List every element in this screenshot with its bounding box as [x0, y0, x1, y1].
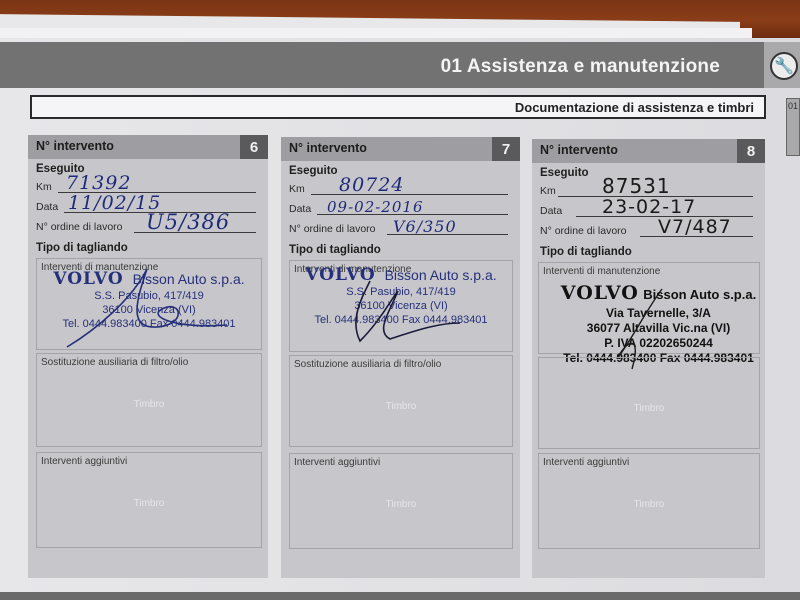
stamp-company: Bisson Auto s.p.a.	[385, 267, 497, 283]
card-header: N° intervento 7	[281, 137, 520, 161]
intervention-label: N° intervento	[36, 139, 114, 153]
intervention-label: N° intervento	[540, 143, 618, 157]
stamp-placeholder: Timbro	[37, 498, 261, 509]
section-title: 01 Assistenza e manutenzione	[441, 56, 720, 78]
stamp-brand: VOLVO	[561, 282, 639, 304]
ordine-value: V7/487	[658, 216, 732, 238]
data-field: Data 09-02-2016	[289, 199, 508, 217]
ordine-field: N° ordine di lavoro V7/487	[540, 221, 753, 239]
manutenzione-label: Interventi di manutenzione	[543, 266, 660, 277]
sostituzione-box: Timbro	[538, 357, 760, 449]
km-field: Km 80724	[289, 179, 508, 197]
ordine-label: N° ordine di lavoro	[36, 221, 123, 233]
manutenzione-box: Interventi di manutenzione VOLVO Bisson …	[36, 258, 262, 350]
aggiuntivi-box: Interventi aggiuntivi Timbro	[538, 453, 760, 549]
eseguito-label: Eseguito	[289, 165, 338, 177]
intervention-number: 8	[737, 139, 765, 163]
stamp-placeholder: Timbro	[290, 499, 512, 510]
ordine-field: N° ordine di lavoro V6/350	[289, 219, 508, 237]
km-value: 87531	[602, 174, 671, 198]
card-header: N° intervento 8	[532, 139, 765, 163]
aggiuntivi-label: Interventi aggiuntivi	[543, 457, 629, 468]
ordine-field: N° ordine di lavoro U5/386	[36, 217, 256, 235]
stamp-company: Bisson Auto s.p.a.	[133, 271, 245, 287]
stamp-line: 36100 Vicenza (VI)	[37, 304, 261, 318]
km-label: Km	[540, 185, 556, 197]
manutenzione-box: Interventi di manutenzione VOLVO Bisson …	[289, 260, 513, 352]
intervention-number: 7	[492, 137, 520, 161]
stamp-line: P. IVA 02202650244	[542, 336, 775, 351]
eseguito-label: Eseguito	[540, 167, 589, 179]
km-label: Km	[289, 183, 305, 195]
stamp-placeholder: Timbro	[37, 399, 261, 410]
data-value: 09-02-2016	[327, 198, 423, 216]
stamp-line: Tel. 0444.983400 Fax 0444.983401	[290, 314, 512, 328]
aggiuntivi-label: Interventi aggiuntivi	[294, 457, 380, 468]
ordine-label: N° ordine di lavoro	[540, 225, 627, 237]
stamp-line: Tel. 0444.983400 Fax 0444.983401	[37, 318, 261, 332]
aggiuntivi-box: Interventi aggiuntivi Timbro	[289, 453, 513, 549]
stamp-brand: VOLVO	[53, 269, 123, 289]
tipo-label: Tipo di tagliando	[36, 242, 128, 254]
stamp-line: S.S. Pasubio, 417/419	[37, 290, 261, 304]
side-tab: 01	[786, 98, 800, 156]
stamp-line: Via Tavernelle, 3/A	[542, 306, 775, 321]
km-label: Km	[36, 181, 52, 193]
ordine-value: U5/386	[146, 210, 230, 234]
aggiuntivi-label: Interventi aggiuntivi	[41, 456, 127, 467]
stamp-line: S.S. Pasubio, 417/419	[290, 286, 512, 300]
page-bottom-edge	[0, 592, 800, 600]
intervention-label: N° intervento	[289, 141, 367, 155]
stamp-placeholder: Timbro	[290, 401, 512, 412]
stamp-brand: VOLVO	[305, 265, 375, 285]
data-value: 23-02-17	[602, 196, 696, 218]
stamp-placeholder: Timbro	[539, 499, 759, 510]
km-value: 80724	[339, 174, 404, 196]
ordine-value: V6/350	[393, 217, 457, 236]
stamp-company: Bisson Auto s.p.a.	[643, 287, 756, 302]
page-subtitle-box: Documentazione di assistenza e timbri	[30, 95, 766, 119]
dealer-stamp: VOLVO Bisson Auto s.p.a. Via Tavernelle,…	[542, 282, 775, 366]
data-label: Data	[540, 205, 562, 217]
stamp-line: 36100 Vicenza (VI)	[290, 300, 512, 314]
aggiuntivi-box: Interventi aggiuntivi Timbro	[36, 452, 262, 548]
sostituzione-label: Sostituzione ausiliaria di filtro/olio	[294, 359, 441, 370]
dealer-stamp: VOLVO Bisson Auto s.p.a. S.S. Pasubio, 4…	[290, 265, 512, 328]
intervention-card-6: N° intervento 6 Eseguito Km 71392 Data 1…	[28, 135, 268, 578]
intervention-number: 6	[240, 135, 268, 159]
page-subtitle: Documentazione di assistenza e timbri	[515, 100, 754, 115]
section-header: 01 Assistenza e manutenzione	[0, 42, 764, 88]
sostituzione-box: Sostituzione ausiliaria di filtro/olio T…	[36, 353, 262, 447]
sostituzione-label: Sostituzione ausiliaria di filtro/olio	[41, 357, 188, 368]
stamp-placeholder: Timbro	[539, 403, 759, 414]
wrench-icon: 🔧	[770, 52, 798, 80]
tipo-label: Tipo di tagliando	[289, 244, 381, 256]
stamp-line: 36077 Altavilla Vic.na (VI)	[542, 321, 775, 336]
intervention-card-8: N° intervento 8 Eseguito Km 87531 Data 2…	[532, 139, 765, 578]
card-header: N° intervento 6	[28, 135, 268, 159]
tipo-label: Tipo di tagliando	[540, 246, 632, 258]
data-label: Data	[289, 203, 311, 215]
dealer-stamp: VOLVO Bisson Auto s.p.a. S.S. Pasubio, 4…	[37, 269, 261, 332]
sostituzione-box: Sostituzione ausiliaria di filtro/olio T…	[289, 355, 513, 447]
intervention-card-7: N° intervento 7 Eseguito Km 80724 Data 0…	[281, 137, 520, 578]
ordine-label: N° ordine di lavoro	[289, 223, 376, 235]
data-label: Data	[36, 201, 58, 213]
km-value: 71392	[66, 172, 131, 194]
